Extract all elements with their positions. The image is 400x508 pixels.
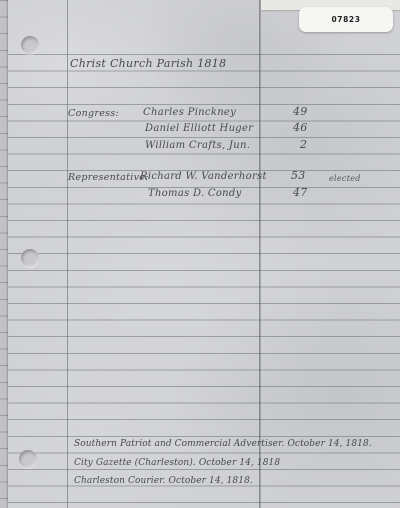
candidate-name: William Crafts, Jun. <box>145 140 250 152</box>
hole-punch-middle <box>21 249 39 267</box>
vote-count: 47 <box>293 187 308 199</box>
candidate-name: Charles Pinckney <box>143 107 236 119</box>
vote-count: 46 <box>293 122 308 134</box>
fold-crease-line <box>259 0 261 508</box>
office-label-congress: Congress: <box>68 108 119 120</box>
vote-count: 2 <box>300 139 307 151</box>
candidate-name: Daniel Elliott Huger <box>145 123 253 135</box>
candidate-name: Richard W. Vanderhorst <box>140 171 267 183</box>
vote-count: 53 <box>291 170 306 182</box>
source-citation: City Gazette (Charleston). October 14, 1… <box>74 457 280 469</box>
archive-number-label: 07823 <box>299 7 393 32</box>
source-citation: Southern Patriot and Commercial Advertis… <box>74 438 372 450</box>
underlying-sheet-edge <box>0 0 8 508</box>
hole-punch-bottom <box>19 450 37 468</box>
source-citation: Charleston Courier. October 14, 1818. <box>74 475 253 487</box>
candidate-name: Thomas D. Condy <box>148 188 242 200</box>
parish-title: Christ Church Parish 1818 <box>70 58 226 70</box>
elected-note: elected <box>329 173 361 185</box>
office-label-representative: Representative: <box>68 172 149 184</box>
hole-punch-top <box>21 36 39 54</box>
vote-count: 49 <box>293 106 308 118</box>
margin-rule-line <box>67 0 68 508</box>
archive-number: 07823 <box>331 15 360 24</box>
